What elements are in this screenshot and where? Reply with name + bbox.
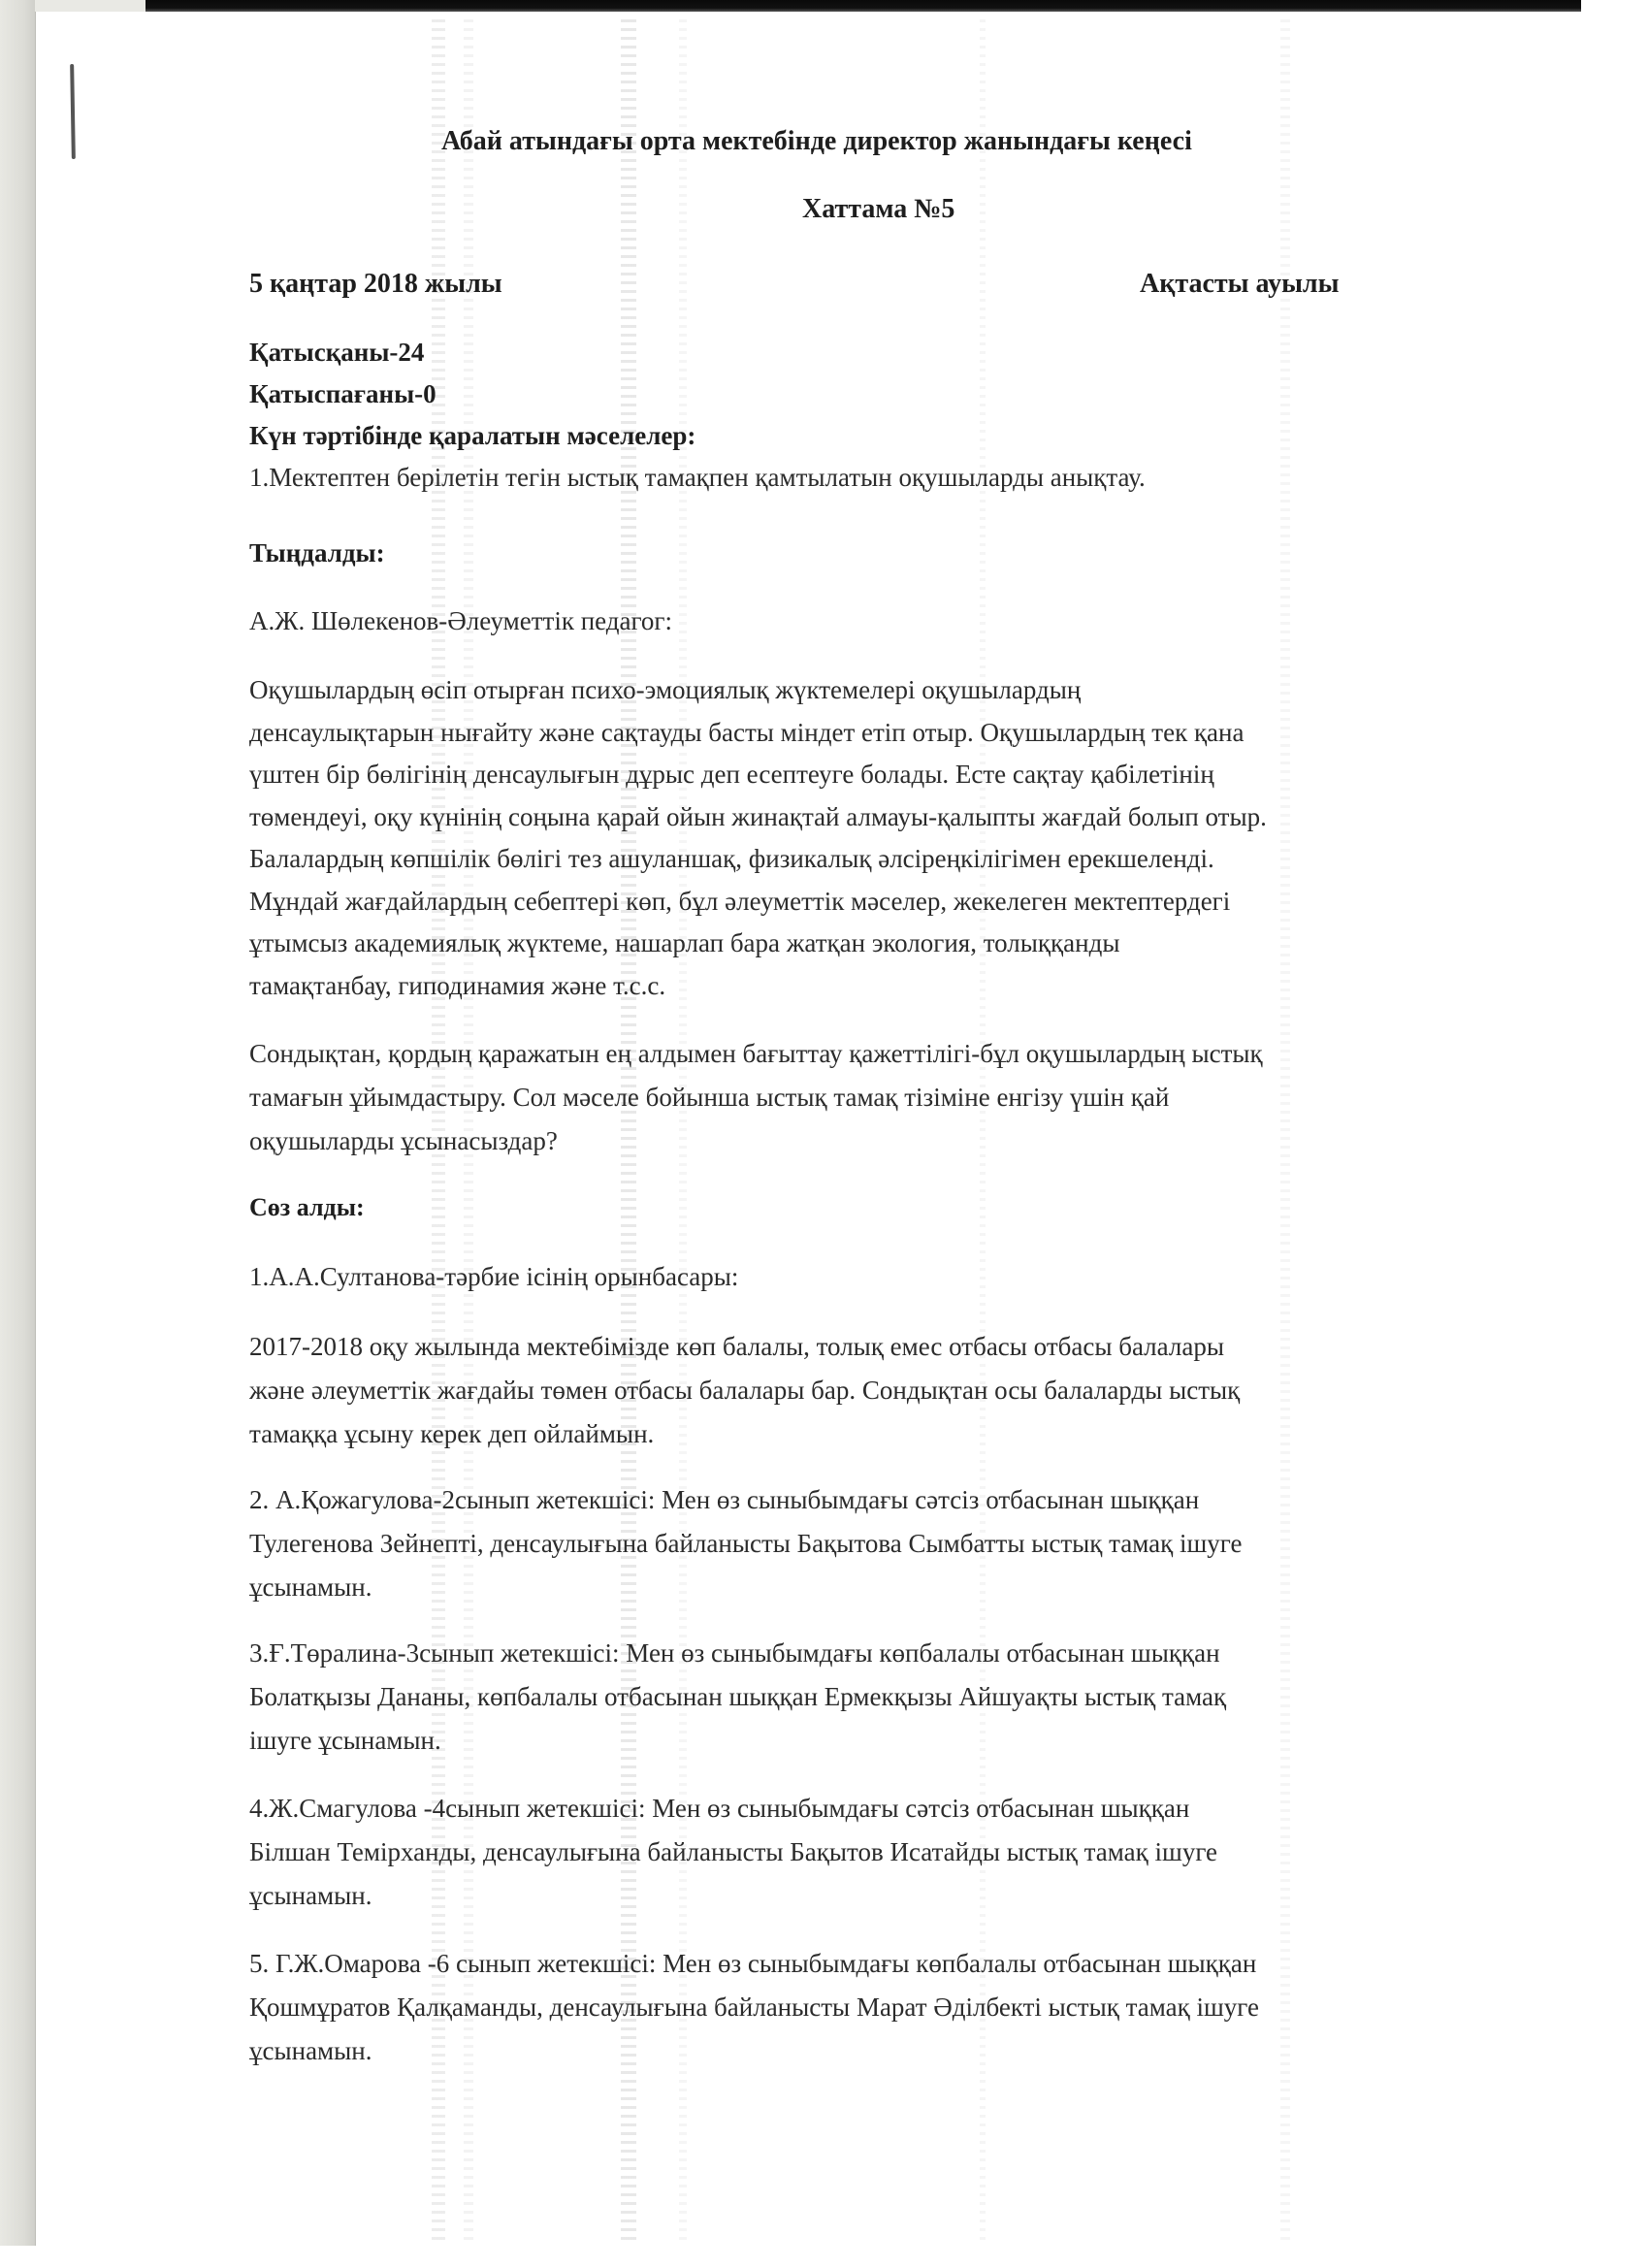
heard-paragraph-1: Оқушылардың өсіп отырған психо-эмоциялық… (249, 669, 1627, 1007)
paragraph-line: тамағын ұйымдастыру. Сол мәселе бойынша … (249, 1076, 1627, 1119)
heard-paragraph-2: Сондықтан, қордың қаражатын ең алдымен б… (249, 1032, 1627, 1163)
agenda-heading: Күн тәртібінде қаралатын мәселелер: (249, 415, 1627, 457)
absent-count: Қатыспағаны-0 (249, 373, 1627, 415)
attended-count: Қатысқаны-24 (249, 332, 1627, 373)
paragraph-line: үштен бір бөлігінің денсаулығын дұрыс де… (249, 754, 1627, 796)
attendance-block: Қатысқаны-24 Қатыспағаны-0 Күн тәртібінд… (249, 332, 1627, 499)
paragraph-line: денсаулықтарын нығайту және сақтауды бас… (249, 712, 1627, 755)
statement-line: және әлеуметтік жағдайы төмен отбасы бал… (249, 1369, 1627, 1412)
scan-top-border (145, 0, 1581, 12)
speaker-3-statement: 3.Ғ.Төралина-3сынып жетекшісі: Мен өз сы… (249, 1632, 1627, 1763)
agenda-item: 1.Мектептен берілетін тегін ыстық тамақп… (249, 457, 1627, 499)
heard-heading: Тыңдалды: (249, 532, 1627, 575)
statement-line: ұсынамын. (249, 2029, 1627, 2073)
paragraph-line: Мұндай жағдайлардың себептері көп, бұл ә… (249, 881, 1627, 923)
statement-line: ішуге ұсынамын. (249, 1719, 1627, 1763)
statement-line: 2. А.Қожагулова-2сынып жетекшісі: Мен өз… (249, 1478, 1627, 1522)
scan-top-edge (35, 0, 151, 12)
speaker-1-header: 1.А.А.Султанова-тәрбие ісінің орынбасары… (249, 1255, 1627, 1299)
speaker-4-statement: 4.Ж.Смагулова -4сынып жетекшісі: Мен өз … (249, 1787, 1627, 1918)
statement-line: 2017-2018 оқу жылында мектебімізде көп б… (249, 1325, 1627, 1369)
scan-bottom-edge (0, 2246, 1649, 2268)
paragraph-line: Оқушылардың өсіп отырған психо-эмоциялық… (249, 669, 1627, 712)
paragraph-line: тамақтанбау, гиподинамия және т.с.с. (249, 965, 1627, 1008)
statement-line: тамаққа ұсыну керек деп ойлаймын. (249, 1412, 1627, 1456)
statement-line: Қошмұратов Қалқаманды, денсаулығына байл… (249, 1986, 1627, 2029)
scan-left-edge (0, 0, 36, 2246)
statement-line: Болатқызы Дананы, көпбалалы отбасынан шы… (249, 1675, 1627, 1719)
paragraph-line: Сондықтан, қордың қаражатын ең алдымен б… (249, 1032, 1627, 1076)
heard-speaker: А.Ж. Шөлекенов-Әлеуметтік педагог: (249, 599, 1627, 643)
meeting-place: Ақтасты ауылы (1140, 269, 1340, 300)
speaker-1-statement: 2017-2018 оқу жылында мектебімізде көп б… (249, 1325, 1627, 1456)
paragraph-line: төмендеуі, оқу күнінің соңына қарай ойын… (249, 796, 1627, 839)
statement-line: 5. Г.Ж.Омарова -6 сынып жетекшісі: Мен ө… (249, 1942, 1627, 1986)
statement-line: Тулегенова Зейнепті, денсаулығына байлан… (249, 1522, 1627, 1566)
statement-line: Білшан Темірханды, денсаулығына байланыс… (249, 1831, 1627, 1874)
margin-pen-mark (70, 64, 76, 159)
document-title: Абай атындағы орта мектебінде директор ж… (441, 126, 1192, 157)
spoke-heading: Сөз алды: (249, 1185, 1627, 1229)
statement-line: ұсынамын. (249, 1566, 1627, 1609)
protocol-number: Хаттама №5 (802, 194, 954, 225)
paragraph-line: оқушыларды ұсынасыздар? (249, 1119, 1627, 1163)
statement-line: 3.Ғ.Төралина-3сынып жетекшісі: Мен өз сы… (249, 1632, 1627, 1675)
statement-line: ұсынамын. (249, 1874, 1627, 1918)
speaker-2-statement: 2. А.Қожагулова-2сынып жетекшісі: Мен өз… (249, 1478, 1627, 1609)
paragraph-line: Балалардың көпшілік бөлігі тез ашуланшақ… (249, 838, 1627, 881)
meeting-date: 5 қаңтар 2018 жылы (249, 269, 502, 300)
paragraph-line: ұтымсыз академиялық жүктеме, нашарлап ба… (249, 923, 1627, 965)
statement-line: 4.Ж.Смагулова -4сынып жетекшісі: Мен өз … (249, 1787, 1627, 1831)
speaker-5-statement: 5. Г.Ж.Омарова -6 сынып жетекшісі: Мен ө… (249, 1942, 1627, 2073)
